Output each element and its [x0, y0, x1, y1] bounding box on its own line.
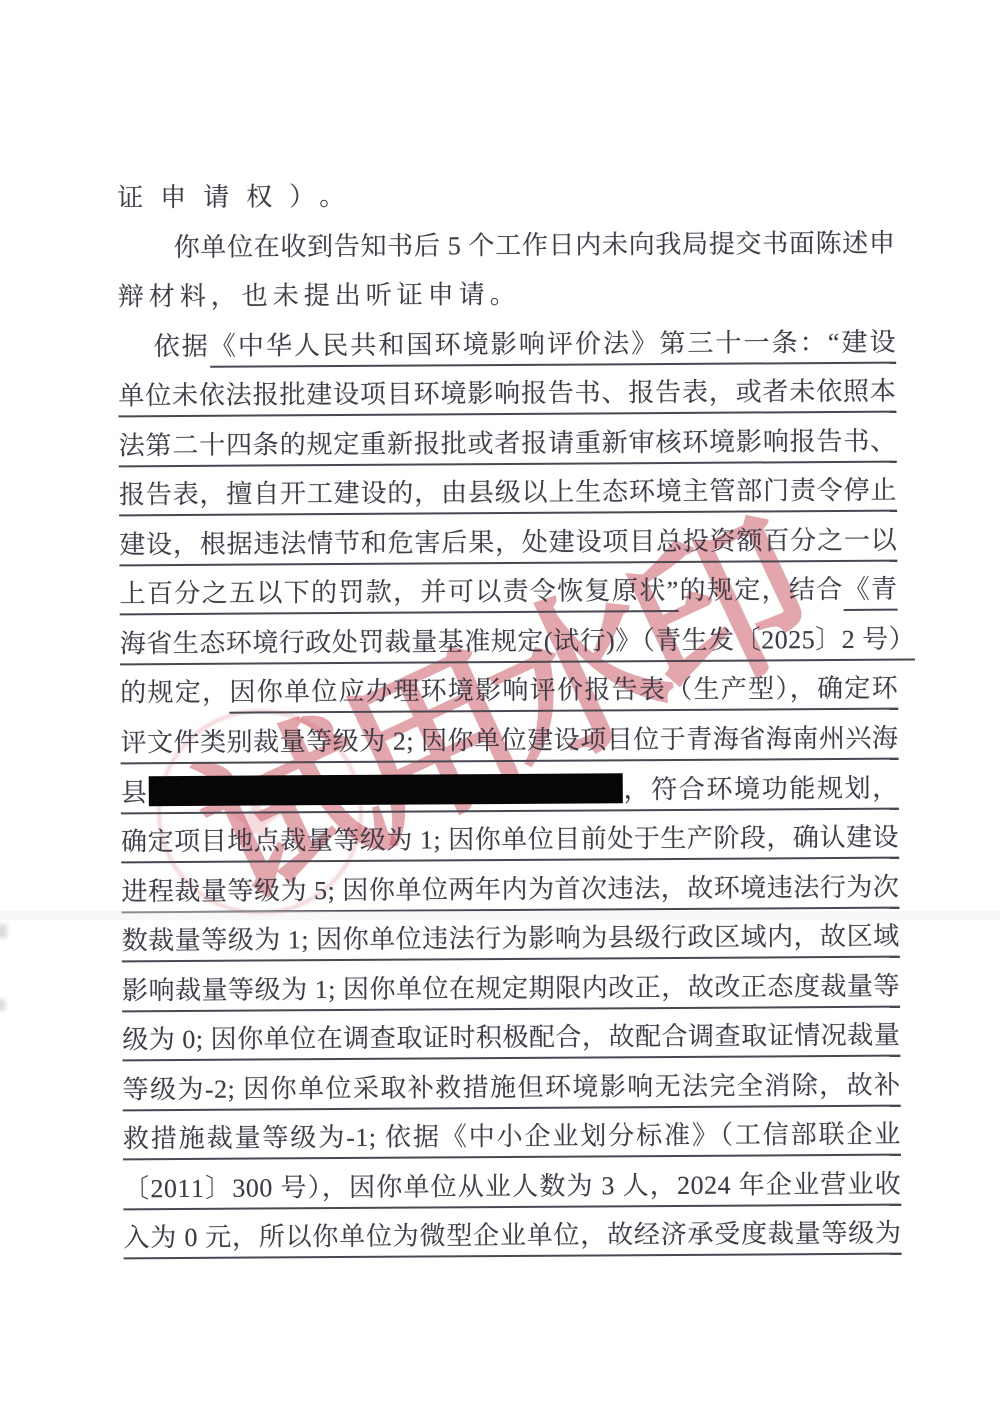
- underlined-text-segment: 建设，根据违法情节和危害后果，处建设项目总投资额百分之一以: [119, 525, 897, 566]
- underlined-text-segment: 进程裁量等级为 5; 因你单位两年内为首次违法，故环境违法行为次: [121, 872, 899, 913]
- scan-smudge: [0, 924, 7, 938]
- underlined-text-segment: 救措施裁量等级为-1; 依据《中小企业划分标准》（工信部联企业: [123, 1120, 901, 1161]
- underlined-text-segment: 数裁量等级为 1; 因你单位违法行为影响为县级行政区域内，故区域: [122, 922, 900, 963]
- underlined-text-segment: 单位未依法报批建设项目环境影响报告书、报告表，或者未依照本: [118, 377, 896, 418]
- text-line: 影响裁量等级为 1; 因你单位在规定期限内改正，故改正态度裁量等: [122, 961, 900, 1015]
- underlined-text-segment: 海省生态环境行政处罚裁量基准规定(试行)》（青生发〔2025〕2 号）: [120, 624, 916, 665]
- text-line: 法第二十四条的规定重新报批或者报请重新审核环境影响报告书、: [119, 416, 897, 470]
- text-line: 入为 0 元，所以你单位为微型企业单位，故经济承受度裁量等级为: [123, 1209, 901, 1263]
- text-line: 单位未依法报批建设项目环境影响报告书、报告表，或者未依照本: [118, 367, 896, 421]
- text-line: 〔2011〕300 号），因你单位从业人数为 3 人，2024 年企业营业收: [123, 1160, 901, 1214]
- underlined-text-segment: 因你单位应办理环境影响评价报告表（生产型），确定环: [229, 674, 898, 714]
- underlined-text-segment: 上百分之五以下的罚款，并可以责令恢复原状”: [119, 576, 678, 615]
- underlined-text-segment: 入为 0 元，所以你单位为微型企业单位，故经济承受度裁量等级为: [123, 1219, 901, 1260]
- text-segment: 的规定，: [120, 678, 229, 708]
- text-segment: 你单位在收到告知书后 5 个工作日内未向我局提交书面陈述申: [173, 228, 895, 261]
- text-line: 救措施裁量等级为-1; 依据《中小企业划分标准》（工信部联企业: [123, 1110, 901, 1164]
- text-segment: 证申请权）。: [117, 182, 362, 212]
- text-line: 数裁量等级为 1; 因你单位违法行为影响为县级行政区域内，故区域: [122, 912, 900, 966]
- text-segment: 的规定，结合: [679, 575, 844, 605]
- text-line: 进程裁量等级为 5; 因你单位两年内为首次违法，故环境违法行为次: [121, 862, 899, 916]
- text-line: 级为 0; 因你单位在调查取证时积极配合，故配合调查取证情况裁量: [122, 1011, 900, 1065]
- text-line: 县，符合环境功能规划，: [121, 763, 899, 817]
- text-line: 建设，根据违法情节和危害后果，处建设项目总投资额百分之一以: [119, 515, 897, 569]
- text-line: 海省生态环境行政处罚裁量基准规定(试行)》（青生发〔2025〕2 号）: [120, 615, 898, 669]
- text-line: 上百分之五以下的罚款，并可以责令恢复原状”的规定，结合《青: [119, 565, 897, 619]
- underlined-text-segment: 《青: [844, 575, 898, 611]
- document-text-block: 证申请权）。你单位在收到告知书后 5 个工作日内未向我局提交书面陈述申辩材料，也…: [117, 169, 902, 1264]
- underlined-text-segment: 〔2011〕300 号），因你单位从业人数为 3 人，2024 年企业营业收: [123, 1170, 901, 1211]
- text-line: 依据《中华人民共和国环境影响评价法》第三十一条：“建设: [118, 317, 896, 371]
- scanned-document-page: ★ 试用水印 证申请权）。你单位在收到告知书后 5 个工作日内未向我局提交书面陈…: [0, 0, 1000, 1414]
- text-line: 你单位在收到告知书后 5 个工作日内未向我局提交书面陈述申: [117, 218, 895, 272]
- text-line: 报告表，擅自开工建设的，由县级以上生态环境主管部门责令停止: [119, 466, 897, 520]
- paragraph-indent: [118, 354, 152, 355]
- text-line: 等级为-2; 因你单位采取补救措施但环境影响无法完全消除，故补: [122, 1060, 900, 1114]
- text-line: 确定项目地点裁量等级为 1; 因你单位目前处于生产阶段，确认建设: [121, 813, 899, 867]
- text-line: 辩材料，也未提出听证申请。: [118, 268, 896, 322]
- underlined-text-segment: 等级为-2; 因你单位采取补救措施但环境影响无法完全消除，故补: [123, 1070, 901, 1111]
- underlined-text-segment: 县，符合环境功能规划，: [121, 773, 899, 814]
- text-line: 的规定，因你单位应办理环境影响评价报告表（生产型），确定环: [120, 664, 898, 718]
- underlined-text-segment: 级为 0; 因你单位在调查取证时积极配合，故配合调查取证情况裁量: [122, 1021, 900, 1062]
- text-line: 证申请权）。: [117, 169, 895, 223]
- redaction-bar: [148, 773, 622, 806]
- underlined-text-segment: 报告表，擅自开工建设的，由县级以上生态环境主管部门责令停止: [119, 476, 897, 517]
- paragraph-indent: [118, 255, 174, 256]
- underlined-text-segment: 评文件类别裁量等级为 2; 因你单位建设项目位于青海省海南州兴海: [120, 724, 898, 765]
- underlined-text-segment: 影响裁量等级为 1; 因你单位在规定期限内改正，故改正态度裁量等: [122, 971, 900, 1012]
- text-segment: 辩材料，也未提出听证申请。: [118, 280, 521, 311]
- underlined-text-segment: 《中华人民共和国环境影响评价法》第三十一条：“建设: [210, 327, 896, 367]
- underlined-text-segment: 法第二十四条的规定重新报批或者报请重新审核环境影响报告书、: [119, 426, 897, 467]
- text-segment: 依据: [152, 331, 210, 360]
- scan-smudge: [0, 999, 5, 1011]
- text-line: 评文件类别裁量等级为 2; 因你单位建设项目位于青海省海南州兴海: [120, 714, 898, 768]
- underlined-text-segment: 确定项目地点裁量等级为 1; 因你单位目前处于生产阶段，确认建设: [121, 823, 899, 864]
